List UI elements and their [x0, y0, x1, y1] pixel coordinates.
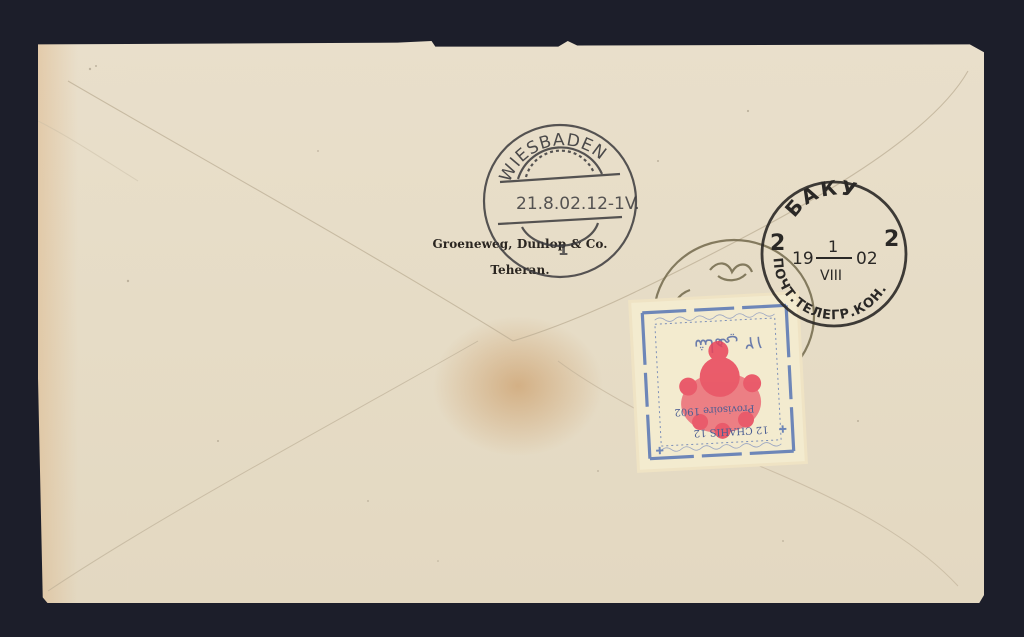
svg-text:✚: ✚	[655, 446, 664, 457]
svg-text:БАКУ: БАКУ	[780, 175, 861, 221]
envelope-back: Groeneweg, Dunlop & Co. Teheran. WIESBA	[38, 41, 984, 603]
postmark-wiesbaden: WIESBADEN 21.8.02.12-1V. 1	[478, 119, 642, 283]
photo-scene: Groeneweg, Dunlop & Co. Teheran. WIESBA	[0, 0, 1024, 637]
baku-year-left: 19	[792, 249, 814, 269]
postmark-baku: БАКУ ПОЧТ.ТЕЛЕГР.КОН. 2 2 1 19 02 VIII	[752, 172, 916, 336]
baku-day: 1	[828, 237, 838, 256]
baku-month: VIII	[820, 268, 842, 284]
svg-text:✚: ✚	[778, 424, 787, 435]
wiesbaden-date-text: 21.8.02.12-1V.	[516, 194, 640, 214]
wiesbaden-city-text: WIESBADEN	[496, 130, 611, 185]
svg-text:WIESBADEN: WIESBADEN	[496, 130, 611, 185]
wiesbaden-bottom-text: 1	[558, 241, 568, 259]
baku-right-numeral: 2	[884, 227, 899, 252]
baku-year-right: 02	[856, 249, 878, 269]
baku-left-numeral: 2	[770, 231, 785, 256]
baku-city-text: БАКУ	[780, 175, 861, 221]
